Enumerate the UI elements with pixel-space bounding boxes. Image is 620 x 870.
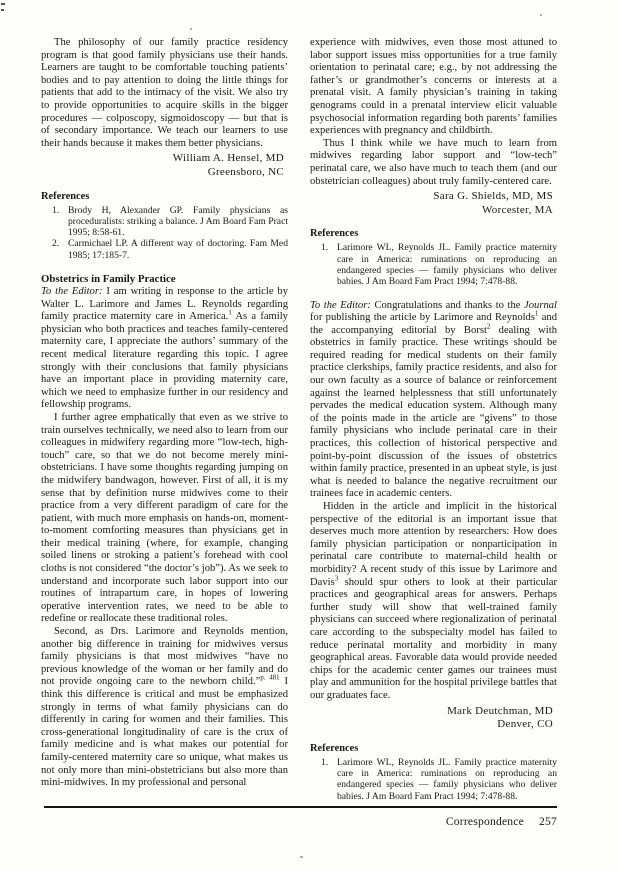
scan-noise — [540, 14, 542, 16]
journal-page: The philosophy of our family practice re… — [0, 0, 620, 870]
paragraph-text: Hidden in the article and implicit in th… — [310, 501, 557, 588]
paragraph-text: should spur others to look at their part… — [310, 577, 557, 701]
letter3-signature: Mark Deutchman, MD Denver, CO — [310, 705, 557, 732]
scan-artifact — [1, 3, 5, 5]
signature-name: Sara G. Shields, MD, MS — [310, 190, 553, 204]
right-column: experience with midwives, even those mos… — [310, 37, 557, 802]
footer-rule — [44, 806, 557, 808]
signature-location: Worcester, MA — [310, 204, 553, 218]
letter2-paragraph-3: Second, as Drs. Larimore and Reynolds me… — [41, 626, 288, 790]
reference-item: 2. Carmichael LP. A different way of doc… — [41, 238, 288, 261]
paragraph-text: As a family physician who both practices… — [41, 311, 288, 410]
letter3-paragraph-2: Hidden in the article and implicit in th… — [310, 501, 557, 703]
reference-number: 1. — [321, 242, 337, 287]
two-column-text: The philosophy of our family practice re… — [41, 37, 557, 802]
reference-item: 1. Larimore WL, Reynolds JL. Family prac… — [310, 757, 557, 802]
scan-noise — [300, 856, 303, 858]
signature-location: Greensboro, NC — [41, 166, 284, 180]
section-heading: Obstetrics in Family Practice — [41, 273, 288, 285]
salutation: To the Editor: — [310, 300, 371, 311]
letter2-paragraph-2: I further agree emphatically that even a… — [41, 412, 288, 626]
footer-page-number: 257 — [539, 815, 557, 828]
signature-name: Mark Deutchman, MD — [310, 705, 553, 719]
letter2-continued-paragraph-1: experience with midwives, even those mos… — [310, 37, 557, 138]
signature-name: William A. Hensel, MD — [41, 152, 284, 166]
citation-superscript: 1 — [228, 310, 231, 317]
reference-item: 1. Larimore WL, Reynolds JL. Family prac… — [310, 242, 557, 287]
paragraph-text: for publishing the article by Larimore a… — [310, 312, 535, 323]
footer-section-title: Correspondence — [446, 815, 524, 828]
reference-number: 1. — [52, 205, 68, 239]
salutation: To the Editor: — [41, 286, 103, 297]
paragraph-text: I further agree emphatically that even a… — [41, 412, 288, 625]
scan-noise — [190, 28, 192, 30]
letter1-body: The philosophy of our family practice re… — [41, 37, 288, 150]
citation-superscript: 3 — [335, 575, 338, 582]
citation-superscript: 2 — [487, 323, 490, 330]
scan-artifact — [1, 9, 4, 11]
reference-text: Brody H, Alexander GP. Family physicians… — [68, 205, 288, 239]
reference-text: Larimore WL, Reynolds JL. Family practic… — [337, 242, 557, 287]
reference-item: 1. Brody H, Alexander GP. Family physici… — [41, 205, 288, 239]
paragraph-text: Second, as Drs. Larimore and Reynolds me… — [41, 626, 288, 687]
paragraph-text: dealing with obstetrics in family practi… — [310, 325, 557, 500]
reference-text: Carmichael LP. A different way of doctor… — [68, 238, 288, 261]
reference-number: 1. — [321, 757, 337, 802]
letter2-paragraph-1: To the Editor: I am writing in response … — [41, 286, 288, 412]
letter3-paragraph-1: To the Editor: Congratulations and thank… — [310, 300, 557, 502]
reference-number: 2. — [52, 238, 68, 261]
letter1-text: The philosophy of our family practice re… — [41, 37, 288, 149]
paragraph-text: experience with midwives, even those mos… — [310, 37, 557, 136]
left-column: The philosophy of our family practice re… — [41, 37, 288, 802]
paragraph-text: Congratulations and thanks to the — [374, 300, 520, 311]
letter2-signature: Sara G. Shields, MD, MS Worcester, MA — [310, 190, 557, 217]
page-citation-superscript: p. 481 — [260, 675, 279, 682]
letter3-references: References 1. Larimore WL, Reynolds JL. … — [310, 743, 557, 802]
citation-superscript: 1 — [535, 311, 538, 318]
page-footer: Correspondence257 — [446, 815, 557, 828]
journal-name-italic: Journal — [524, 300, 557, 311]
signature-location: Denver, CO — [310, 718, 553, 732]
references-heading: References — [310, 228, 557, 240]
spacer — [310, 288, 557, 300]
paragraph-text: I think this difference is critical and … — [41, 676, 288, 788]
letter1-references: References 1. Brody H, Alexander GP. Fam… — [41, 191, 288, 261]
letter2-continued-paragraph-2: Thus I think while we have much to learn… — [310, 138, 557, 188]
reference-text: Larimore WL, Reynolds JL. Family practic… — [337, 757, 557, 802]
paragraph-text: Thus I think while we have much to learn… — [310, 138, 557, 187]
letter1-signature: William A. Hensel, MD Greensboro, NC — [41, 152, 288, 179]
letter2-references: References 1. Larimore WL, Reynolds JL. … — [310, 228, 557, 287]
references-heading: References — [41, 191, 288, 203]
references-heading: References — [310, 743, 557, 755]
